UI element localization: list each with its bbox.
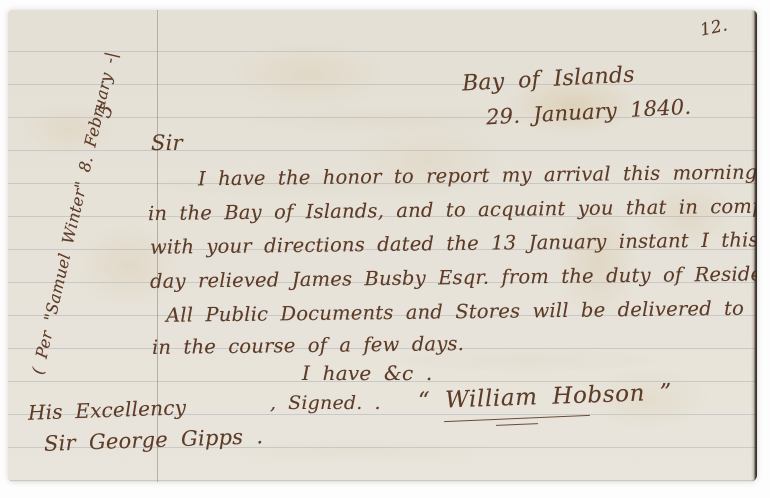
manuscript-scan: 12. ( Per "Samuel Winter" 8. February -|… (0, 0, 770, 498)
page-number: 12. (698, 15, 729, 40)
dateline-place: Bay of Islands (461, 62, 635, 96)
signature-name: “ William Hobson ” (418, 380, 673, 415)
body-line-1: I have the honor to report my arrival th… (198, 161, 757, 191)
manuscript-page: 12. ( Per "Samuel Winter" 8. February -|… (8, 10, 757, 482)
salutation: Sir (151, 131, 183, 155)
dateline-date: 29. January 1840. (486, 95, 692, 130)
addressee-line-1: His Excellency (28, 395, 187, 425)
body-line-6: in the course of a few days. (152, 332, 464, 359)
addressee-line-2: Sir George Gipps . (44, 424, 264, 456)
signed-label: , Signed. . (270, 392, 381, 414)
margin-note-per-ship: ( Per "Samuel Winter" 8. February -| (28, 50, 121, 376)
page-edge-shadow (751, 10, 757, 482)
valediction: I have &c . (302, 361, 432, 385)
signature-flourish (444, 415, 590, 422)
body-line-5: All Public Documents and Stores will be … (166, 296, 757, 327)
signature-flourish (496, 423, 538, 426)
body-line-4: day relieved James Busby Esqr. from the … (150, 262, 757, 293)
body-line-3: with your directions dated the 13 Januar… (150, 228, 757, 258)
body-line-2: in the Bay of Islands, and to acquaint y… (148, 194, 757, 225)
